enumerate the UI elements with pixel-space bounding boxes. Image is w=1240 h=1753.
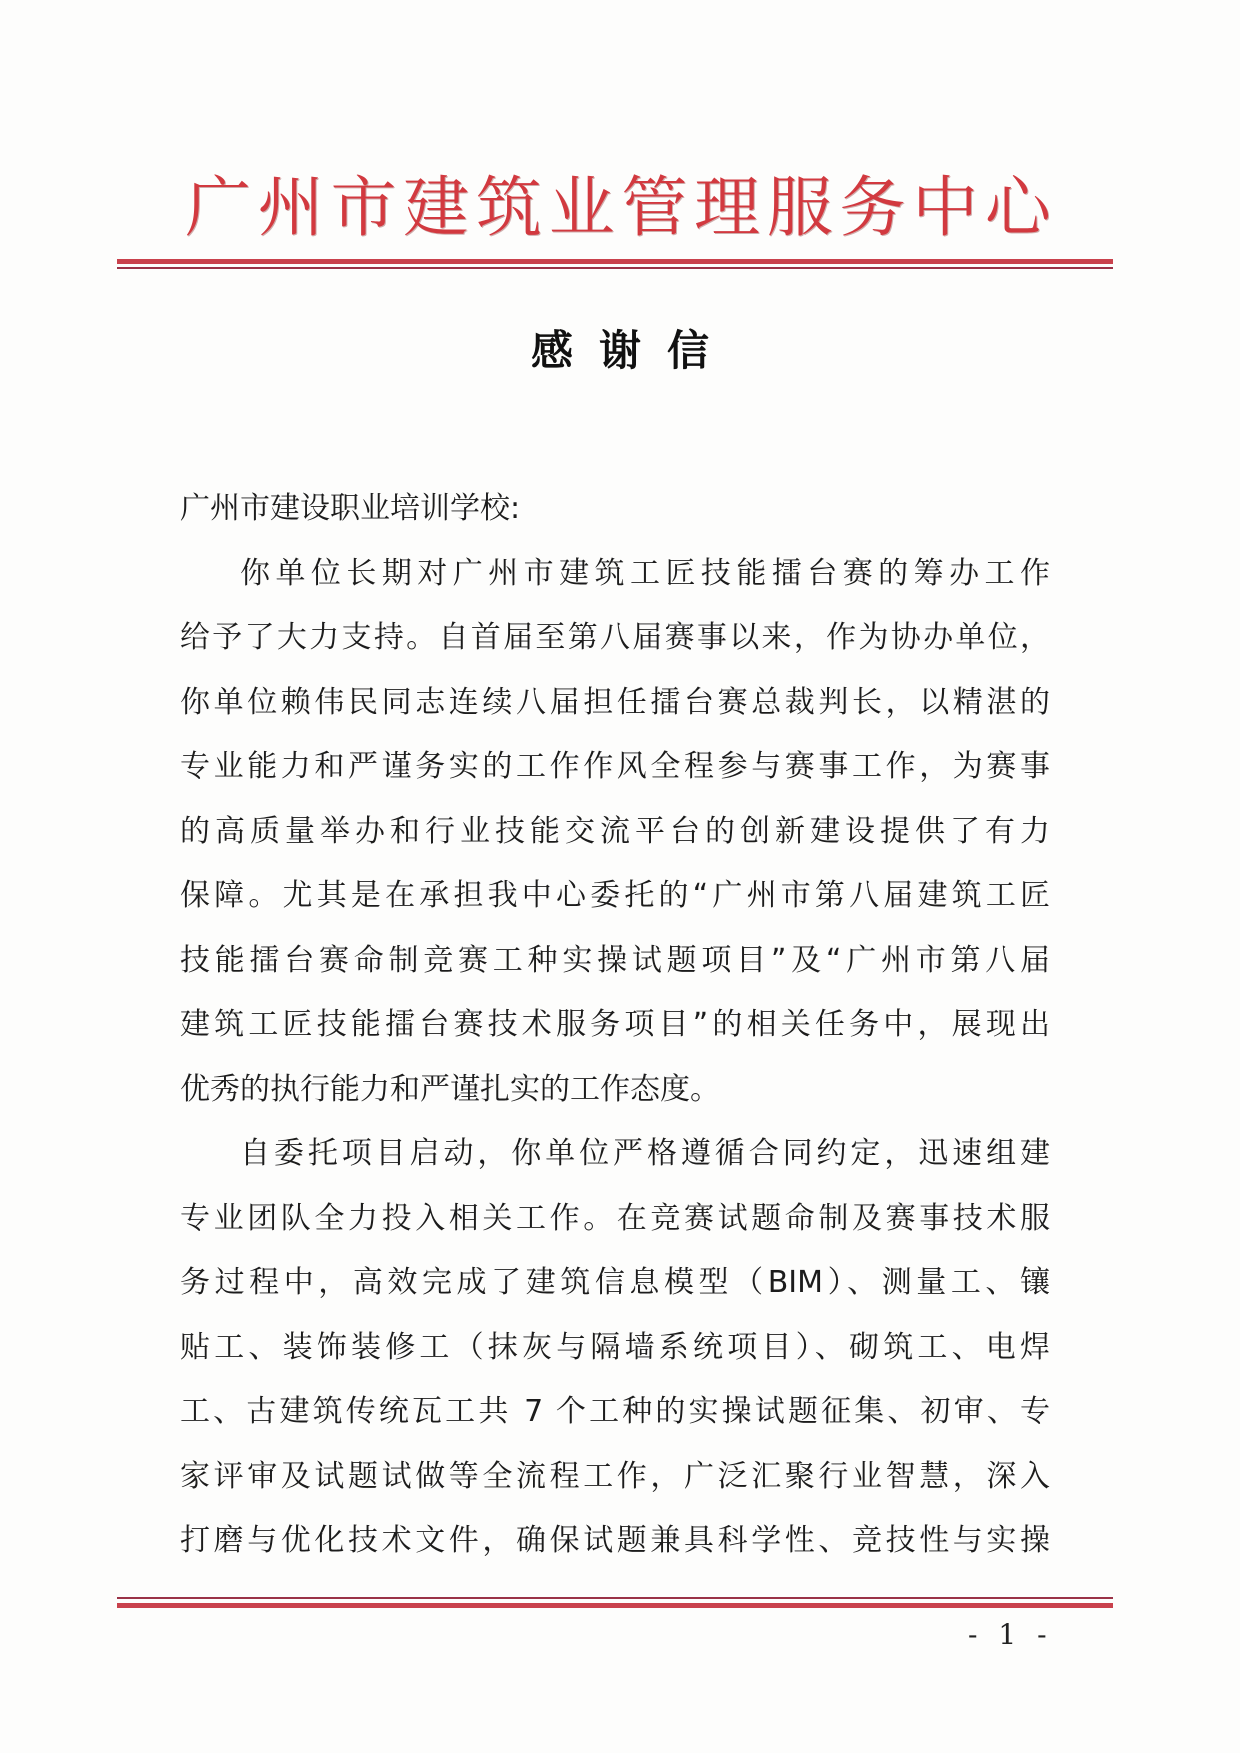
paragraph-1-line: 给予了大力支持。自首届至第八届赛事以来，作为协办单位， [180,606,1050,671]
letterhead-char: 广 [185,168,251,248]
paragraph-2-line: 专业团队全力投入相关工作。在竞赛试题命制及赛事技术服 [180,1187,1050,1252]
letter-body: 广州市建设职业培训学校: 你单位长期对广州市建筑工匠技能擂台赛的筹办工作 给予了… [180,477,1050,1574]
header-rule-thin [117,267,1113,269]
paragraph-2-line: 贴工、装饰装修工（抹灰与隔墙系统项目）、砌筑工、电焊 [180,1316,1050,1381]
letterhead-char: 心 [985,168,1051,248]
paragraph-1-line: 专业能力和严谨务实的工作作风全程参与赛事工作，为赛事 [180,735,1050,800]
paragraph-2-line: 自委托项目启动，你单位严格遵循合同约定，迅速组建 [180,1122,1050,1187]
letterhead-char: 中 [912,168,978,248]
letterhead-char: 务 [839,168,905,248]
paragraph-2-line: 家评审及试题试做等全流程工作，广泛汇聚行业智慧，深入 [180,1445,1050,1510]
paragraph-1-line: 建筑工匠技能擂台赛技术服务项目”的相关任务中，展现出 [180,993,1050,1058]
letterhead-char: 市 [330,168,396,248]
document-title: 感谢信 [0,318,1240,378]
footer-rule-thin [117,1597,1113,1599]
paragraph-1-line: 保障。尤其是在承担我中心委托的“广州市第八届建筑工匠 [180,864,1050,929]
letterhead-char: 州 [258,168,324,248]
letterhead-char: 管 [621,168,687,248]
footer-rule-thick [117,1603,1113,1608]
page-number: - 1 - [968,1618,1053,1651]
paragraph-2-line: 务过程中，高效完成了建筑信息模型（BIM）、测量工、镶 [180,1251,1050,1316]
paragraph-2-line: 打磨与优化技术文件，确保试题兼具科学性、竞技性与实操 [180,1509,1050,1574]
header-rule-thick [117,259,1113,264]
paragraph-1-line: 你单位赖伟民同志连续八届担任擂台赛总裁判长，以精湛的 [180,671,1050,736]
letterhead-char: 业 [549,168,615,248]
letterhead-char: 筑 [476,168,542,248]
letterhead-char: 理 [694,168,760,248]
letterhead-organization-name: 广 州 市 建 筑 业 管 理 服 务 中 心 [117,168,1113,248]
document-page: 广 州 市 建 筑 业 管 理 服 务 中 心 感谢信 广州市建设职业培训学校:… [0,0,1240,1753]
paragraph-1-line: 技能擂台赛命制竞赛工种实操试题项目”及“广州市第八届 [180,929,1050,994]
paragraph-2-line: 工、古建筑传统瓦工共 7 个工种的实操试题征集、初审、专 [180,1380,1050,1445]
letterhead-char: 服 [767,168,833,248]
letterhead-char: 建 [403,168,469,248]
salutation: 广州市建设职业培训学校: [180,477,1050,542]
paragraph-1-line: 你单位长期对广州市建筑工匠技能擂台赛的筹办工作 [180,542,1050,607]
paragraph-1-line: 优秀的执行能力和严谨扎实的工作态度。 [180,1058,1050,1123]
paragraph-1-line: 的高质量举办和行业技能交流平台的创新建设提供了有力 [180,800,1050,865]
